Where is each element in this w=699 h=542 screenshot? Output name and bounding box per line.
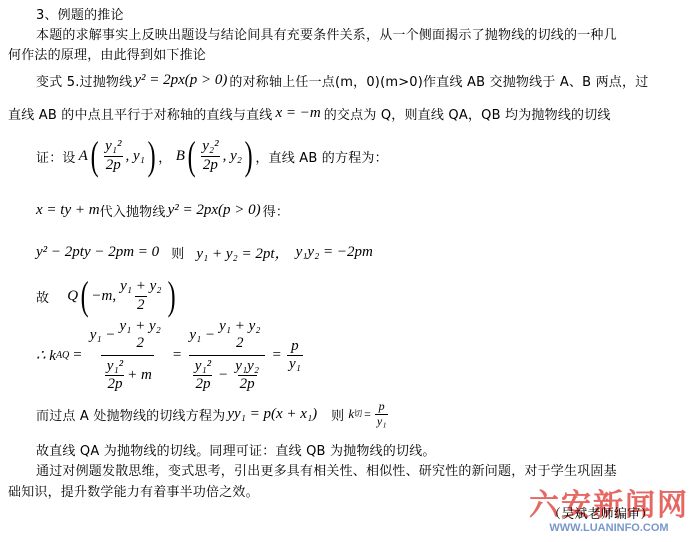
proof-setup: 证：设 A ( y₁² 2p , y₁ ) ， B ( y₂² 2p , y₂ …	[36, 136, 388, 176]
vieta-product: y₁y₂ = −2pm	[296, 244, 373, 261]
section-heading: 3、例题的推论	[36, 4, 124, 23]
signature: （吴斌老师编审）	[548, 503, 654, 522]
conclusion-line-2: 通过对例题发散思维，变式思考，引出更多具有相关性、相似性、研究性的新问题，对于学…	[36, 460, 617, 479]
watermark-url: WWW.LUANINFO.COM	[529, 522, 689, 534]
k-tangent-fraction: p y₁	[375, 400, 389, 429]
k-aq-label: ∴ k	[36, 346, 56, 365]
tangent-line: 而过点 A 处抛物线的切线方程为 yy₁ = p(x + x₁) 则 k切 = …	[36, 400, 390, 429]
variant-mid: 的对称轴上任一点(m，0)(m>0)作直线 AB 交抛物线于 A、B 两点，过	[229, 71, 648, 90]
point-b: B	[176, 148, 185, 165]
substitute-text: 代入抛物线	[100, 201, 166, 220]
point-a: A	[79, 148, 88, 165]
therefore-text: 故	[36, 287, 49, 306]
point-a-fraction: y₁² 2p	[103, 138, 123, 174]
tangent-text: 而过点 A 处抛物线的切线方程为	[36, 405, 225, 424]
variant-line2-end: 的交点为 Q，则直线 QA，QB 均为抛物线的切线	[324, 104, 611, 123]
point-b-fraction: y₂² 2p	[200, 138, 220, 174]
proof-start: 证：设	[36, 147, 76, 166]
line-equation: x = ty + m	[36, 202, 100, 219]
tangent-then: 则	[331, 405, 344, 424]
sub-parabola: y² = 2px(p > 0)	[168, 202, 261, 219]
line-ab-text: ，直线 AB 的方程为：	[255, 147, 387, 166]
then-text: 则	[171, 243, 184, 262]
variant-line-2: 直线 AB 的中点且平行于对称轴的直线与直线 x = −m 的交点为 Q，则直线…	[8, 104, 611, 123]
variant-line2-text: 直线 AB 的中点且平行于对称轴的直线与直线	[8, 104, 272, 123]
sub-end: 得：	[263, 201, 289, 220]
variant-line-1: 变式 5.过抛物线 y² = 2px(p > 0) 的对称轴上任一点(m，0)(…	[36, 71, 648, 90]
conclusion-line-1: 故直线 QA 为抛物线的切线。同理可证：直线 QB 为抛物线的切线。	[36, 440, 436, 459]
q-point: Q	[67, 288, 78, 305]
slope-result: p y₁	[287, 338, 303, 374]
tangent-equation: yy₁ = p(x + x₁)	[227, 406, 317, 423]
intro-line-1: 本题的求解事实上反映出题设与结论间具有充要条件关系，从一个侧面揭示了抛物线的切线…	[36, 24, 617, 43]
intro-line-2: 何作法的原理，由此得到如下推论	[8, 44, 206, 63]
slope-fraction-1: y₁ − y₁ + y₂2 y₁²2p + m	[88, 318, 167, 393]
slope-fraction-2: y₁ − y₁ + y₂2 y₁²2p − y₁y₂2p	[187, 318, 266, 393]
variant-parabola: y² = 2px(p > 0)	[134, 72, 227, 89]
vieta-sum: y₁ + y₂ = 2pt，	[196, 242, 289, 263]
quadratic-line: y² − 2pty − 2pm = 0 则 y₁ + y₂ = 2pt， y₁y…	[36, 242, 373, 263]
q-y-fraction: y₁ + y₂ 2	[118, 278, 163, 314]
q-point-line: 故 Q ( −m, y₁ + y₂ 2 )	[36, 276, 179, 316]
variant-line2-eq: x = −m	[275, 105, 320, 122]
substitution-line: x = ty + m 代入抛物线 y² = 2px(p > 0) 得：	[36, 201, 289, 220]
conclusion-line-3: 础知识，提升数学能力有着事半功倍之效。	[8, 481, 259, 500]
slope-aq-derivation: ∴ kAQ = y₁ − y₁ + y₂2 y₁²2p + m = y₁ − y…	[36, 318, 305, 393]
quadratic-eq: y² − 2pty − 2pm = 0	[36, 244, 159, 261]
variant-prefix: 变式 5.过抛物线	[36, 71, 132, 90]
